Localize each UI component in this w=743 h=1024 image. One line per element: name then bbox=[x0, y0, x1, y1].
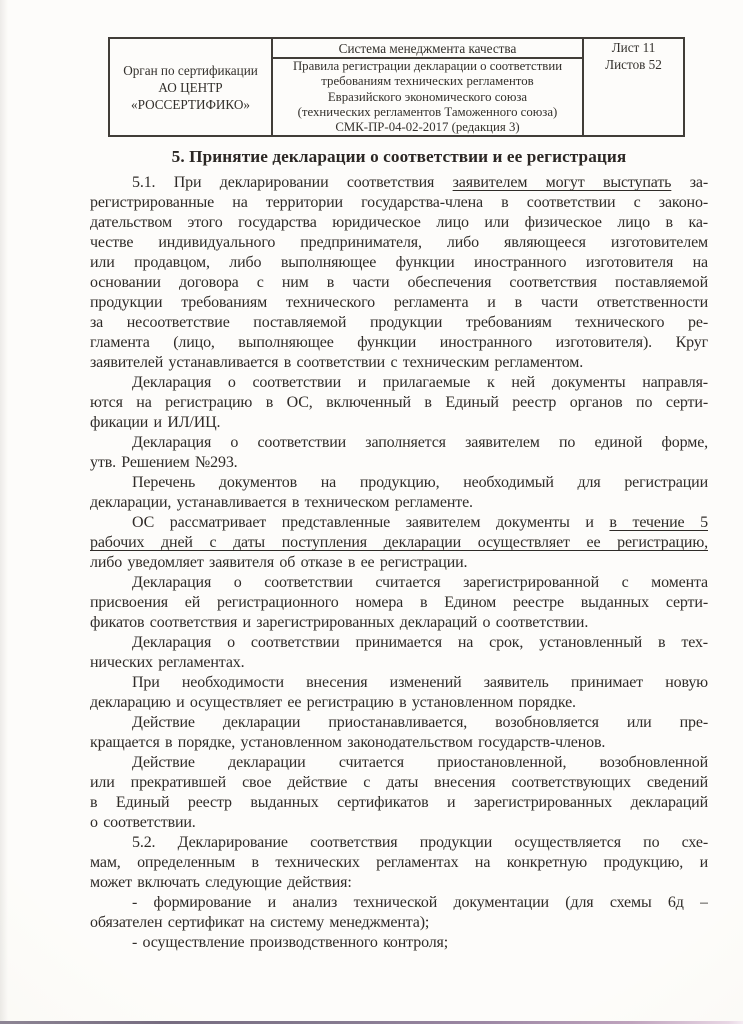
text-line: утв. Решением №293. bbox=[90, 453, 708, 473]
doc-title-line-1: Правила регистрации декларации о соответ… bbox=[277, 59, 578, 74]
text-line: Действие декларации считается приостанов… bbox=[90, 753, 708, 773]
doc-title-line-3: Евразийского экономического союза bbox=[277, 90, 578, 105]
text-run: Декларация о соответствии и прилагаемые … bbox=[132, 374, 708, 391]
text-run: продукции требованиям технического регла… bbox=[90, 294, 708, 311]
text-line: кращается в порядке, установленном закон… bbox=[90, 733, 708, 753]
underlined-text: рабочих дней с даты поступления декларац… bbox=[90, 534, 708, 551]
text-run: Декларация о соответствии считается заре… bbox=[132, 574, 708, 591]
text-run: или прекратившей свое действие с даты вн… bbox=[90, 774, 708, 791]
text-line: регистрированные на территории государст… bbox=[90, 193, 708, 213]
text-run: дательством этого государства юридическо… bbox=[90, 214, 708, 231]
text-run: нических регламентах. bbox=[90, 654, 244, 671]
text-line: При необходимости внесения изменений зая… bbox=[90, 673, 708, 693]
text-line: Декларация о соответствии и прилагаемые … bbox=[90, 373, 708, 393]
text-line: Перечень документов на продукцию, необхо… bbox=[90, 473, 708, 493]
underlined-text: заявителем могут выступать bbox=[453, 174, 672, 191]
org-line-1: Орган по сертификации bbox=[114, 62, 267, 79]
text-run: - осуществление производственного контро… bbox=[132, 934, 448, 951]
text-run: присвоения ей регистрационного номера в … bbox=[90, 594, 708, 611]
org-line-2: АО ЦЕНТР bbox=[114, 79, 267, 96]
text-line: Действие декларации приостанавливается, … bbox=[90, 713, 708, 733]
header-doc-title-cell: Правила регистрации декларации о соответ… bbox=[272, 58, 583, 136]
text-line: основании договора с ним в части обеспеч… bbox=[90, 273, 708, 293]
text-line: ются на регистрацию в ОС, включенный в Е… bbox=[90, 393, 708, 413]
text-run: гламента (лицо, выполняющее функции инос… bbox=[90, 334, 708, 351]
text-run: - формирование и анализ технической доку… bbox=[132, 894, 708, 911]
text-run: кращается в порядке, установленном закон… bbox=[90, 734, 605, 751]
text-line: продукции требованиям технического регла… bbox=[90, 293, 708, 313]
text-run: ОС рассматривает представленные заявител… bbox=[132, 514, 609, 531]
text-line: присвоения ей регистрационного номера в … bbox=[90, 593, 708, 613]
doc-title-line-4: (технических регламентов Таможенного сою… bbox=[277, 105, 578, 120]
text-line: заявителей устанавливается в соответстви… bbox=[90, 353, 708, 373]
text-line: или прекратившей свое действие с даты вн… bbox=[90, 773, 708, 793]
sheet-number: Лист 11 bbox=[588, 39, 679, 56]
text-line: фикации и ИЛ/ИЦ. bbox=[90, 413, 708, 433]
text-run: основании договора с ним в части обеспеч… bbox=[90, 274, 708, 291]
text-line: ОС рассматривает представленные заявител… bbox=[90, 513, 708, 533]
text-run: Действие декларации приостанавливается, … bbox=[132, 714, 708, 731]
text-line: Декларация о соответствии считается заре… bbox=[90, 573, 708, 593]
text-run: фикатов соответствия и зарегистрированны… bbox=[90, 614, 588, 631]
text-run: о соответствии. bbox=[90, 814, 196, 831]
text-run: ются на регистрацию в ОС, включенный в Е… bbox=[90, 394, 708, 411]
text-run: Действие декларации считается приостанов… bbox=[132, 754, 708, 771]
text-run: Декларация о соответствии заполняется за… bbox=[132, 434, 708, 451]
header-qms-cell: Система менеджмента качества bbox=[272, 38, 583, 58]
section-title: 5. Принятие декларации о соответствии и … bbox=[90, 147, 708, 167]
text-line: за несоответствие поставляемой продукции… bbox=[90, 313, 708, 333]
text-line: декларацию и осуществляет ее регистрацию… bbox=[90, 693, 708, 713]
text-run: декларации, устанавливается в техническо… bbox=[90, 494, 473, 511]
underlined-text: в течение 5 bbox=[609, 514, 708, 531]
text-run: При необходимости внесения изменений зая… bbox=[132, 674, 708, 691]
text-run: заявителей устанавливается в соответстви… bbox=[90, 354, 583, 371]
text-line: 5.2. Декларирование соответствия продукц… bbox=[90, 833, 708, 853]
text-line: обязателен сертификат на систему менеджм… bbox=[90, 913, 708, 933]
doc-title-line-2: требованиям технических регламентов bbox=[277, 74, 578, 89]
text-run: честве индивидуального предпринимателя, … bbox=[90, 234, 708, 251]
text-run: Перечень документов на продукцию, необхо… bbox=[132, 474, 708, 491]
text-line: честве индивидуального предпринимателя, … bbox=[90, 233, 708, 253]
text-line: может включать следующие действия: bbox=[90, 873, 708, 893]
text-run: 5.1. При декларировании соответствия bbox=[132, 174, 453, 191]
text-line: или продавцом, либо выполняющее функции … bbox=[90, 253, 708, 273]
text-run: мам, определенным в технических регламен… bbox=[90, 854, 708, 871]
text-line: Декларация о соответствии заполняется за… bbox=[90, 433, 708, 453]
text-line: мам, определенным в технических регламен… bbox=[90, 853, 708, 873]
text-run: утв. Решением №293. bbox=[90, 454, 238, 471]
text-line: нических регламентах. bbox=[90, 653, 708, 673]
text-run: регистрированные на территории государст… bbox=[90, 194, 708, 211]
text-line: - осуществление производственного контро… bbox=[90, 933, 708, 953]
scan-left-shadow bbox=[0, 0, 8, 1024]
header-sheet-cell: Лист 11 Листов 52 bbox=[583, 38, 684, 136]
text-line: 5.1. При декларировании соответствия зая… bbox=[90, 173, 708, 193]
header-table: Орган по сертификации АО ЦЕНТР «РОССЕРТИ… bbox=[108, 37, 685, 137]
text-run: фикации и ИЛ/ИЦ. bbox=[90, 414, 220, 431]
text-line: Декларация о соответствии принимается на… bbox=[90, 633, 708, 653]
text-run: может включать следующие действия: bbox=[90, 874, 352, 891]
text-line: гламента (лицо, выполняющее функции инос… bbox=[90, 333, 708, 353]
doc-title-line-5: СМК-ПР-04-02-2017 (редакция 3) bbox=[277, 120, 578, 135]
text-line: фикатов соответствия и зарегистрированны… bbox=[90, 613, 708, 633]
text-run: в Единый реестр выданных сертификатов и … bbox=[90, 794, 708, 811]
scanned-document-page: { "header": { "org": ["Орган по сертифик… bbox=[0, 0, 743, 1024]
header-org-cell: Орган по сертификации АО ЦЕНТР «РОССЕРТИ… bbox=[109, 38, 272, 136]
text-run: за- bbox=[671, 174, 708, 191]
sheets-total: Листов 52 bbox=[588, 56, 679, 73]
text-line: дательством этого государства юридическо… bbox=[90, 213, 708, 233]
text-run: декларацию и осуществляет ее регистрацию… bbox=[90, 694, 576, 711]
text-line: о соответствии. bbox=[90, 813, 708, 833]
text-line: рабочих дней с даты поступления декларац… bbox=[90, 533, 708, 553]
text-run: за несоответствие поставляемой продукции… bbox=[90, 314, 708, 331]
text-run: Декларация о соответствии принимается на… bbox=[132, 634, 708, 651]
text-line: - формирование и анализ технической доку… bbox=[90, 893, 708, 913]
text-run: обязателен сертификат на систему менеджм… bbox=[90, 914, 429, 931]
org-line-3: «РОССЕРТИФИКО» bbox=[114, 96, 267, 113]
text-line: декларации, устанавливается в техническо… bbox=[90, 493, 708, 513]
qms-title: Система менеджмента качества bbox=[339, 41, 517, 56]
text-line: либо уведомляет заявителя об отказе в ее… bbox=[90, 553, 708, 573]
text-run: 5.2. Декларирование соответствия продукц… bbox=[132, 834, 708, 851]
text-run: или продавцом, либо выполняющее функции … bbox=[90, 254, 708, 271]
text-run: либо уведомляет заявителя об отказе в ее… bbox=[90, 554, 467, 571]
document-body: 5.1. При декларировании соответствия зая… bbox=[90, 173, 708, 953]
text-line: в Единый реестр выданных сертификатов и … bbox=[90, 793, 708, 813]
